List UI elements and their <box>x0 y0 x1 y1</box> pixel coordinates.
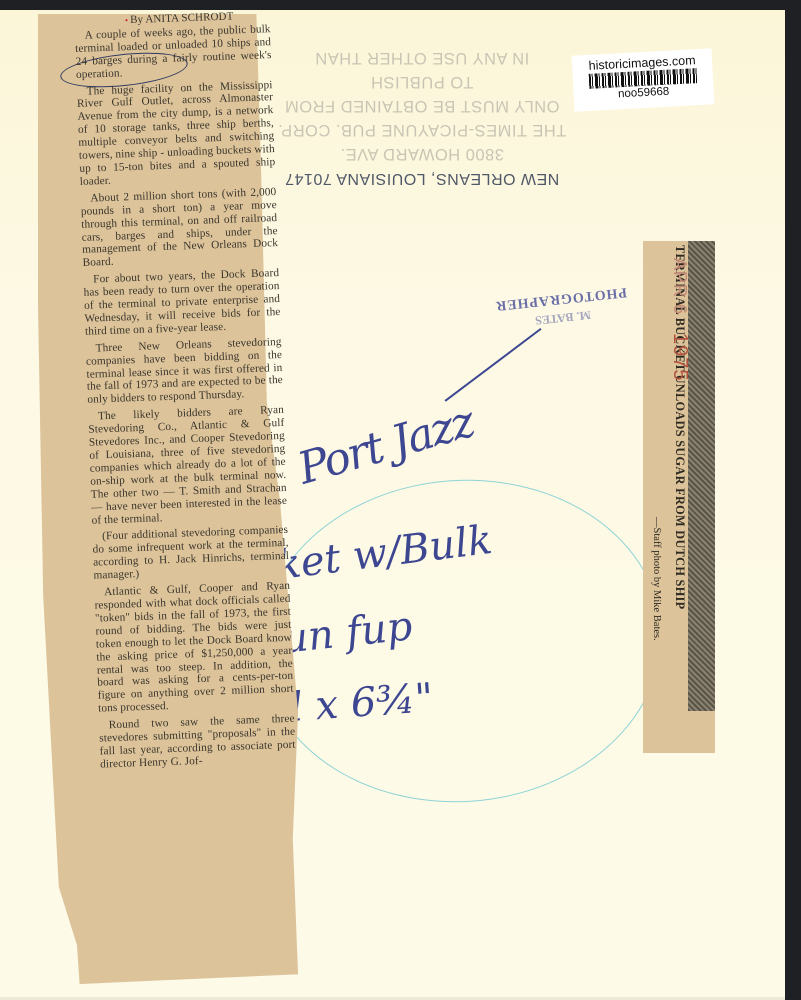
article-paragraph: A couple of weeks ago, the public bulk t… <box>74 23 272 81</box>
halftone-photo-strip <box>688 241 715 711</box>
stamp-line: IN ANY USE OTHER THAN <box>262 46 582 70</box>
barcode-sticker: historicimages.com noo59668 <box>572 48 715 111</box>
article-paragraph: (Four additional stevedoring companies d… <box>92 524 290 582</box>
date-stamp-date: APR 6 <box>670 258 690 315</box>
stamp-line: THE TIMES-PICAYUNE PUB. CORP. <box>262 118 582 142</box>
article-paragraph: Three New Orleans stevedoring companies … <box>85 336 283 407</box>
article-paragraph: The huge facility on the Mississippi Riv… <box>76 79 275 189</box>
date-stamp-year: 1975 <box>669 333 691 382</box>
stamp-line: 3800 HOWARD AVE. <box>262 142 582 166</box>
caption-credit: —Staff photo by Mike Bates. <box>651 517 662 717</box>
date-stamp: APR 6 1975 <box>668 258 691 382</box>
stamp-line: NEW ORLEANS, LOUISIANA 70147 <box>262 166 582 190</box>
article-paragraph: For about two years, the Dock Board has … <box>83 267 281 338</box>
stamp-line: TO PUBLISH <box>262 70 582 94</box>
stamp-line: ONLY MUST BE OBTAINED FROM <box>262 94 582 118</box>
article-paragraph: Round two saw the same three stevedores … <box>99 713 297 771</box>
reversed-newspaper-stamp: NEW ORLEANS, LOUISIANA 70147 3800 HOWARD… <box>262 46 582 190</box>
article-paragraph: Atlantic & Gulf, Cooper and Ryan respond… <box>94 580 294 716</box>
article-paragraph: About 2 million short tons (with 2,000 p… <box>80 186 279 270</box>
article-text: By ANITA SCHRODT A couple of weeks ago, … <box>74 9 296 775</box>
article-paragraph: The likely bidders are Ryan Stevedoring … <box>88 404 288 527</box>
